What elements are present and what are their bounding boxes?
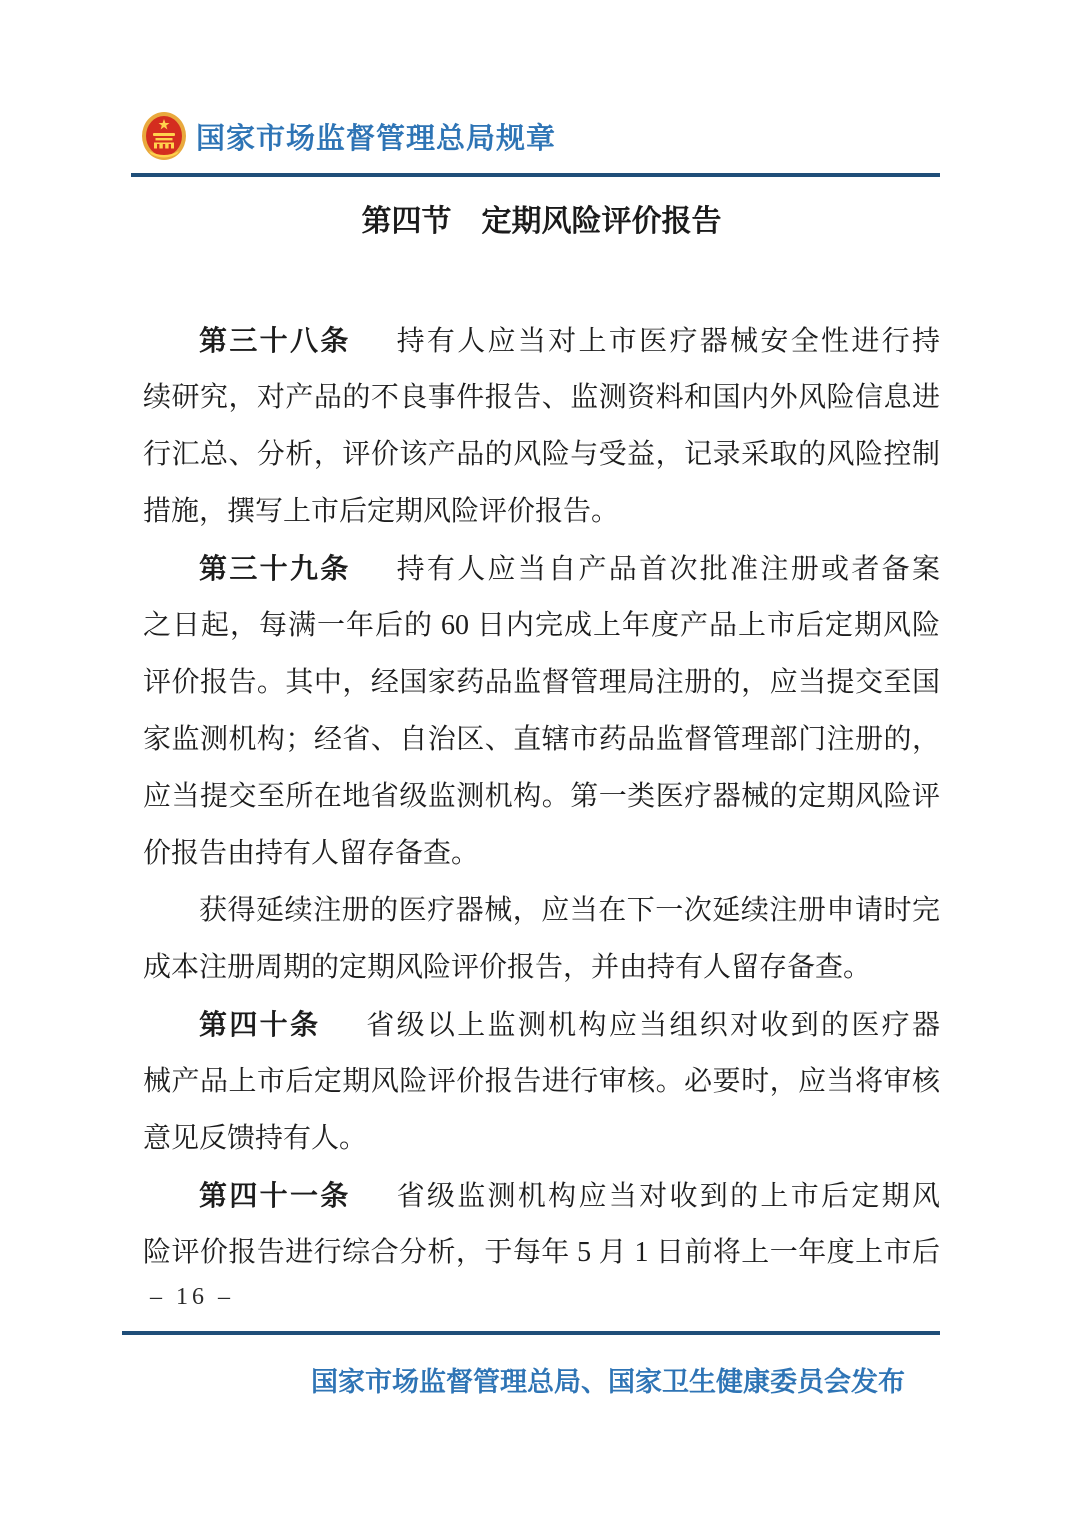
body-line: 价报告由持有人留存备查。 bbox=[143, 825, 940, 882]
body-line: 应当提交至所在地省级监测机构。第一类医疗器械的定期风险评 bbox=[143, 768, 940, 825]
body-line: 续研究，对产品的不良事件报告、监测资料和国内外风险信息进 bbox=[143, 369, 940, 426]
body-line: 家监测机构；经省、自治区、直辖市药品监督管理部门注册的， bbox=[143, 711, 940, 768]
national-emblem-icon bbox=[141, 111, 187, 161]
document-body: 第三十八条持有人应当对上市医疗器械安全性进行持 续研究，对产品的不良事件报告、监… bbox=[143, 312, 940, 1281]
body-line: 险评价报告进行综合分析，于每年 5 月 1 日前将上一年度上市后 bbox=[143, 1224, 940, 1281]
body-line-text: 省级监测机构应当对收到的上市后定期风 bbox=[397, 1181, 940, 1212]
body-line: 第四十条省级以上监测机构应当组织对收到的医疗器 bbox=[143, 996, 940, 1053]
section-title: 第四节 定期风险评价报告 bbox=[143, 196, 940, 240]
header-agency-title: 国家市场监督管理总局规章 bbox=[196, 116, 556, 157]
article-number: 第三十八条 bbox=[199, 325, 351, 356]
page-header: 国家市场监督管理总局规章 bbox=[141, 110, 940, 162]
body-line: 意见反馈持有人。 bbox=[143, 1110, 940, 1167]
article-number: 第三十九条 bbox=[199, 553, 351, 584]
body-line: 评价报告。其中，经国家药品监督管理局注册的，应当提交至国 bbox=[143, 654, 940, 711]
footer-publisher: 国家市场监督管理总局、国家卫生健康委员会发布 bbox=[143, 1360, 905, 1399]
document-page: 国家市场监督管理总局规章 第四节 定期风险评价报告 第三十八条持有人应当对上市医… bbox=[0, 0, 1074, 1520]
page-number: – 16 – bbox=[150, 1284, 234, 1311]
body-line-text: 持有人应当对上市医疗器械安全性进行持 bbox=[397, 326, 940, 357]
body-line: 第三十八条持有人应当对上市医疗器械安全性进行持 bbox=[143, 312, 940, 369]
header-divider-line bbox=[131, 173, 940, 177]
body-line: 成本注册周期的定期风险评价报告，并由持有人留存备查。 bbox=[143, 939, 940, 996]
article-number: 第四十条 bbox=[199, 1009, 320, 1040]
body-line: 械产品上市后定期风险评价报告进行审核。必要时，应当将审核 bbox=[143, 1053, 940, 1110]
body-line: 行汇总、分析，评价该产品的风险与受益，记录采取的风险控制 bbox=[143, 426, 940, 483]
body-line-text: 持有人应当自产品首次批准注册或者备案 bbox=[397, 554, 940, 585]
body-line: 措施，撰写上市后定期风险评价报告。 bbox=[143, 483, 940, 540]
body-line-text: 省级以上监测机构应当组织对收到的医疗器 bbox=[366, 1010, 940, 1041]
footer-divider-line bbox=[122, 1331, 940, 1335]
body-line: 之日起，每满一年后的 60 日内完成上年度产品上市后定期风险 bbox=[143, 597, 940, 654]
body-line: 第四十一条省级监测机构应当对收到的上市后定期风 bbox=[143, 1167, 940, 1224]
body-line: 获得延续注册的医疗器械，应当在下一次延续注册申请时完 bbox=[143, 882, 940, 939]
article-number: 第四十一条 bbox=[199, 1180, 351, 1211]
body-line: 第三十九条持有人应当自产品首次批准注册或者备案 bbox=[143, 540, 940, 597]
